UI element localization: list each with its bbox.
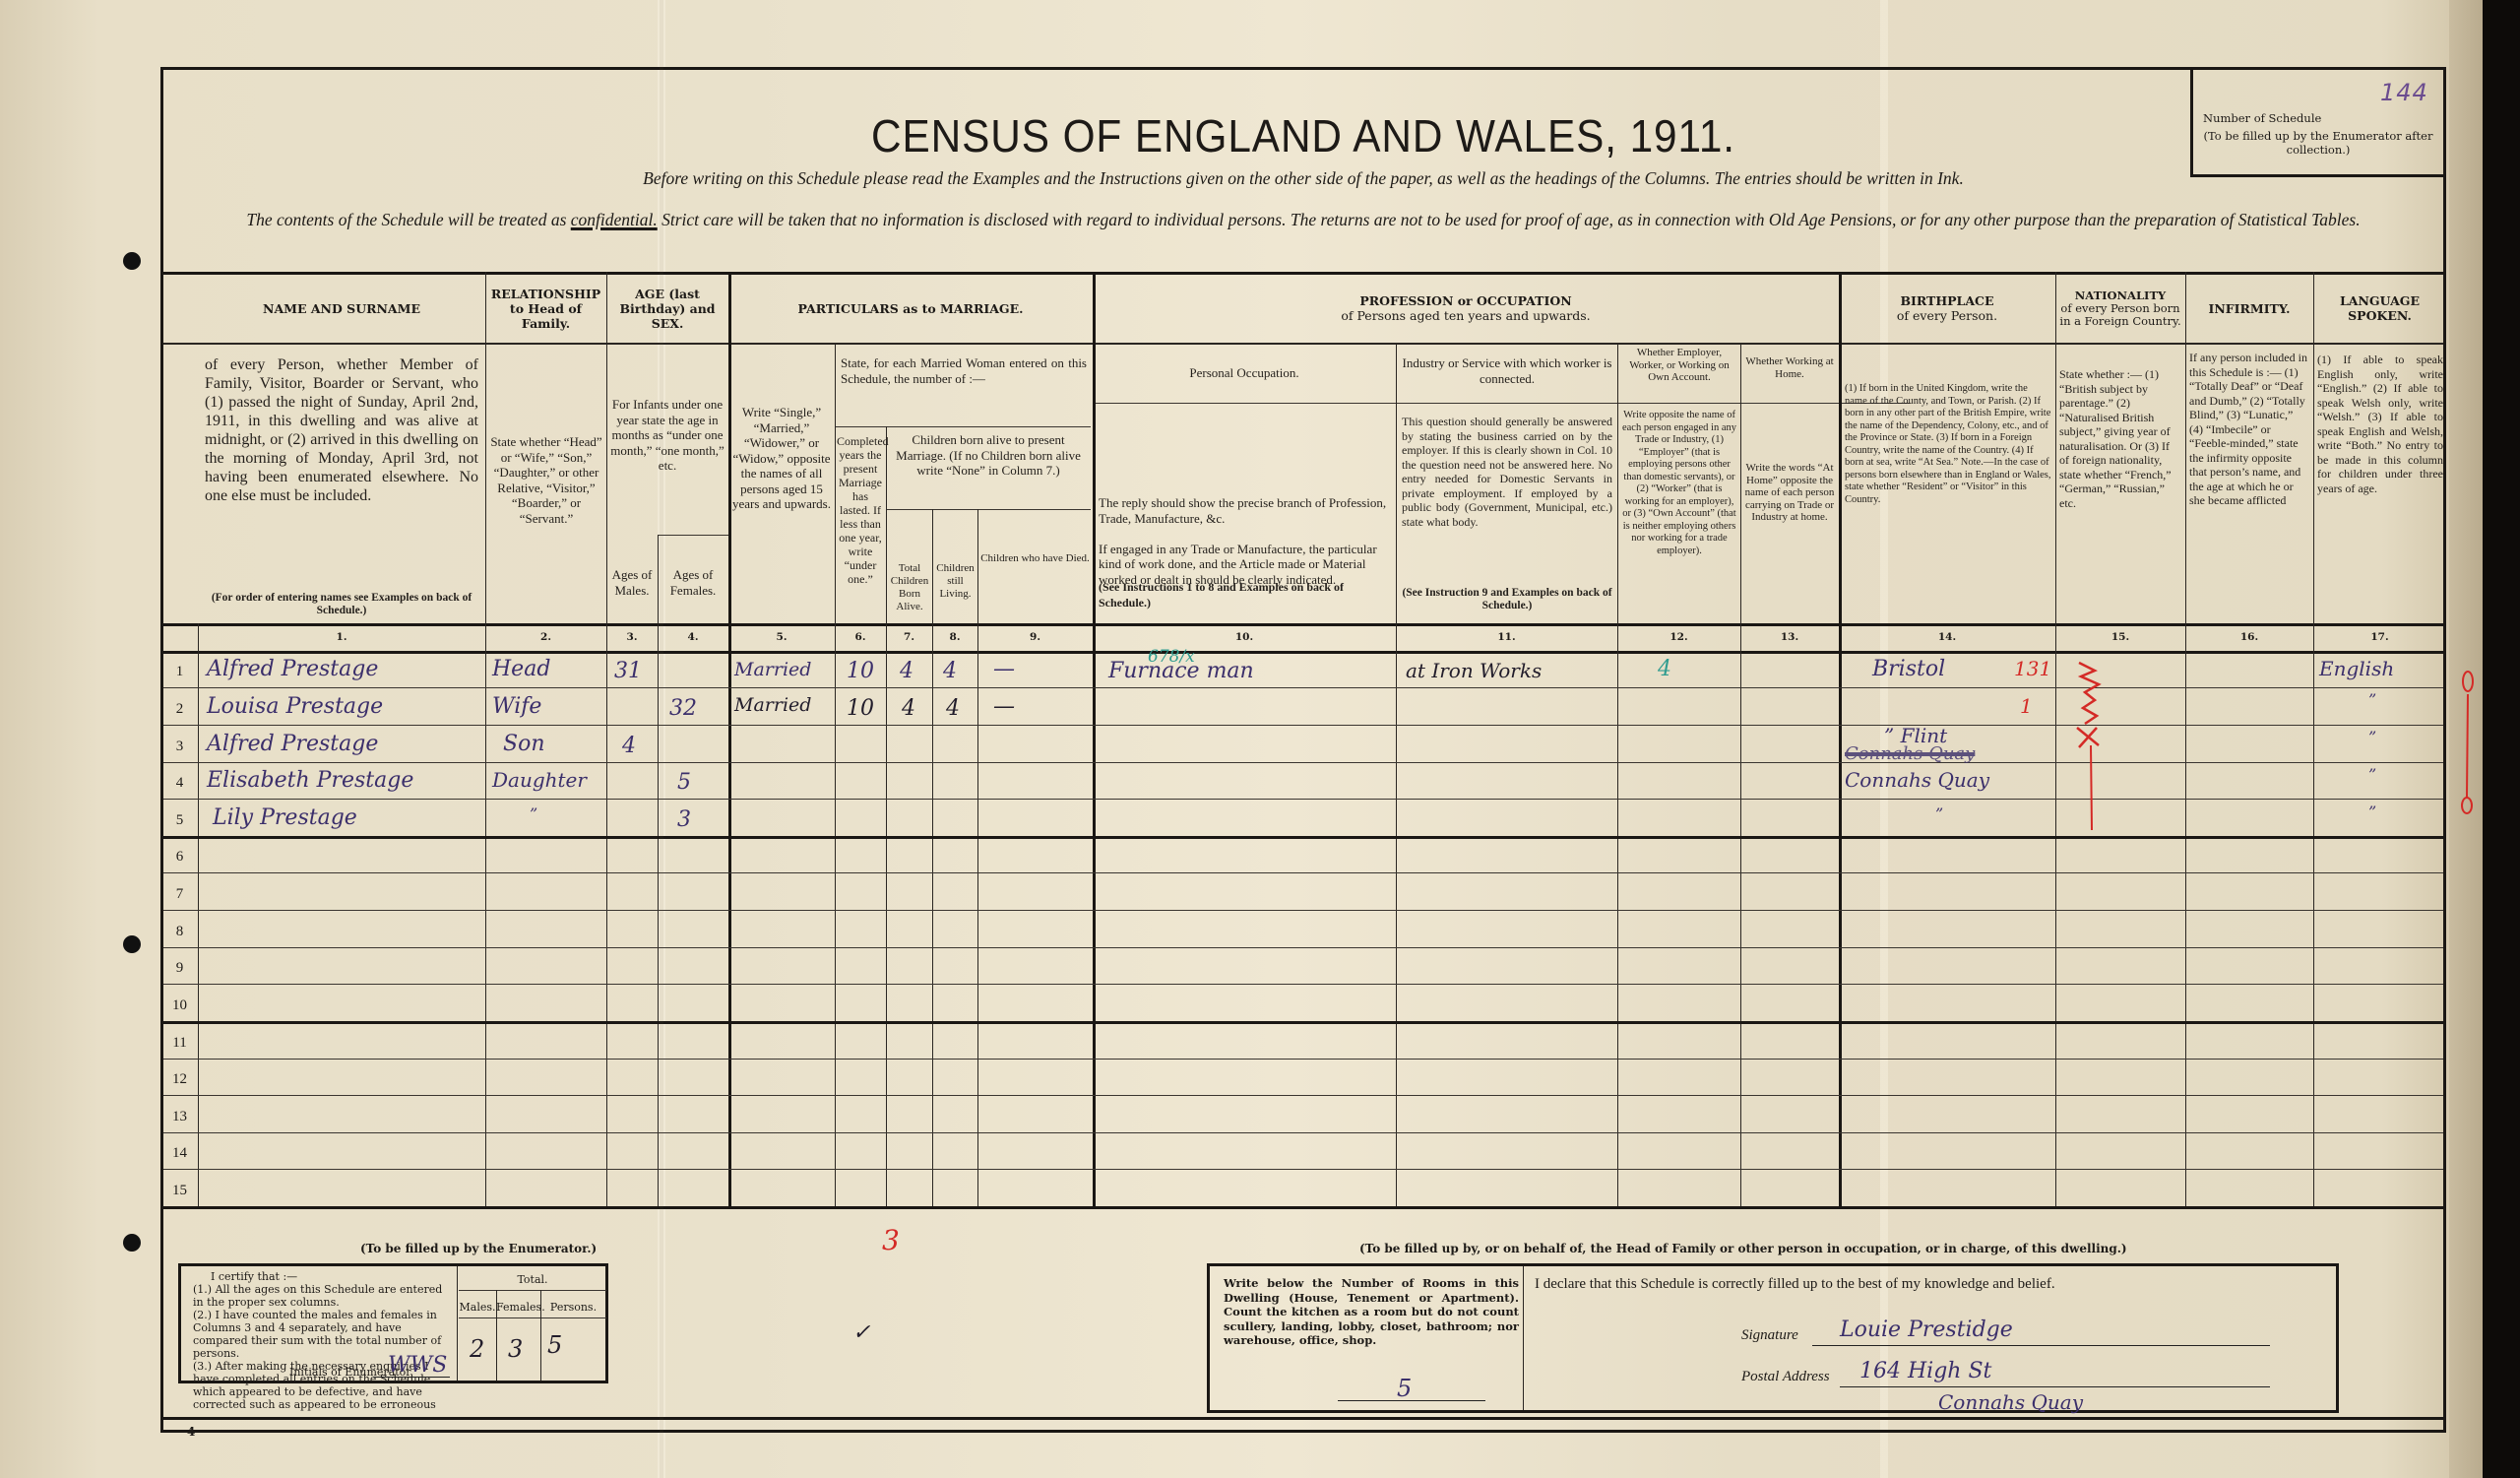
red-bracket-mark xyxy=(2461,670,2475,817)
rooms-value: 5 xyxy=(1397,1375,1412,1402)
rule xyxy=(163,343,2443,345)
red-nationality-mark xyxy=(2073,657,2112,834)
subheader-name: of every Person, whether Member of Famil… xyxy=(205,355,478,505)
rule xyxy=(728,272,731,1206)
rule xyxy=(163,1206,2443,1209)
row-number: 8 xyxy=(163,924,196,940)
signature-line xyxy=(1812,1345,2270,1346)
cell-birthplace-struck: Connahs Quay xyxy=(1845,743,1975,764)
subheader-birthplace-text: (1) If born in the United Kingdom, write… xyxy=(1845,383,2051,506)
column-number: 16. xyxy=(2185,631,2313,643)
rule xyxy=(835,343,836,1206)
row-number: 14 xyxy=(163,1145,196,1162)
row-rule xyxy=(163,1021,2443,1024)
cell-name: Louisa Prestage xyxy=(207,694,383,719)
header-profession-title: PROFESSION or OCCUPATION xyxy=(1359,293,1571,308)
census-page: 4 CENSUS OF ENGLAND AND WALES, 1911. Bef… xyxy=(0,0,2481,1478)
address-line-2: Connahs Quay xyxy=(1938,1390,2083,1414)
cell-children-total: 4 xyxy=(902,696,915,721)
cell-name: Lily Prestage xyxy=(213,805,357,830)
subheader-marital: Write “Single,” “Married,” “Widower,” or… xyxy=(732,405,831,512)
row-rule xyxy=(163,910,2443,911)
total-persons: 5 xyxy=(547,1331,562,1359)
rule xyxy=(2055,272,2056,1206)
row-rule xyxy=(163,947,2443,948)
header-nationality-sub: of every Person born in a Foreign Countr… xyxy=(2055,302,2185,328)
rule xyxy=(977,509,978,1206)
cell-relationship: Head xyxy=(492,657,550,681)
subheader-children-total: Total Children Born Alive. xyxy=(888,562,931,613)
rule xyxy=(835,426,1091,427)
address-line-1: 164 High St xyxy=(1859,1359,1991,1383)
rule xyxy=(163,1417,2443,1420)
cell-years-married: 10 xyxy=(847,696,874,721)
row-number: 13 xyxy=(163,1109,196,1125)
birthplace-code: 1 xyxy=(2020,694,2033,718)
initials-value: WWS xyxy=(388,1353,447,1378)
row-number: 11 xyxy=(163,1035,196,1052)
row-rule xyxy=(163,836,2443,839)
column-number: 8. xyxy=(932,631,977,643)
row-number: 2 xyxy=(163,701,196,718)
females-label: Females. xyxy=(496,1300,540,1315)
certify-item-1: (1.) All the ages on this Schedule are e… xyxy=(193,1283,449,1309)
cell-relationship: Son xyxy=(503,732,545,756)
males-label: Males. xyxy=(459,1300,496,1315)
confidentiality-notice: The contents of the Schedule will be tre… xyxy=(193,208,2414,231)
subheader-children-living: Children still Living. xyxy=(934,562,976,601)
row-number: 10 xyxy=(163,997,196,1014)
rule xyxy=(163,651,2443,654)
rule xyxy=(496,1290,497,1381)
confidential-suffix: Strict care will be taken that no inform… xyxy=(658,210,2361,229)
punch-hole xyxy=(123,1234,141,1252)
row-number: 7 xyxy=(163,886,196,903)
cell-relationship: Wife xyxy=(492,694,541,719)
subheader-personal-occupation-note: (See Instructions 1 to 8 and Examples on… xyxy=(1099,580,1390,610)
address-label: Postal Address xyxy=(1741,1369,1830,1385)
cell-birthplace: Connahs Quay xyxy=(1845,768,1989,792)
header-profession-sub: of Persons aged ten years and upwards. xyxy=(1341,308,1590,323)
subheader-personal-occupation-text: The reply should show the precise branch… xyxy=(1099,495,1390,587)
header-infirmity: INFIRMITY. xyxy=(2185,274,2313,343)
subheader-age-males: Ages of Males. xyxy=(608,567,656,598)
subheader-age-females: Ages of Females. xyxy=(660,567,726,598)
rule xyxy=(540,1290,541,1381)
subheader-children-died: Children who have Died. xyxy=(979,552,1091,565)
rule xyxy=(932,509,933,1206)
column-number: 1. xyxy=(198,631,485,643)
declaration-text: I declare that this Schedule is correctl… xyxy=(1535,1276,2055,1293)
cell-language: ” xyxy=(2368,690,2376,709)
signature-label: Signature xyxy=(1741,1327,1798,1344)
rule xyxy=(459,1317,606,1318)
row-number: 4 xyxy=(163,775,196,792)
cell-language: ” xyxy=(2368,728,2376,746)
cell-marital: Married xyxy=(734,694,811,716)
row-rule xyxy=(163,984,2443,985)
row-number: 5 xyxy=(163,812,196,829)
subheader-children-group: Children born alive to present Marriage.… xyxy=(890,432,1087,479)
cell-employer: 4 xyxy=(1658,657,1671,681)
cell-marital: Married xyxy=(734,659,811,680)
row-rule xyxy=(163,1132,2443,1133)
rule xyxy=(2313,272,2314,1206)
row-number: 15 xyxy=(163,1183,196,1199)
row-number: 12 xyxy=(163,1071,196,1088)
schedule-number-label: Number of Schedule xyxy=(2203,111,2321,125)
rule xyxy=(2185,272,2186,1206)
header-relationship: RELATIONSHIP to Head of Family. xyxy=(485,274,606,343)
header-name: NAME AND SURNAME xyxy=(198,274,485,343)
rule xyxy=(163,623,2443,626)
birthplace-code: 131 xyxy=(2014,657,2051,680)
cell-children-died: — xyxy=(993,694,1015,719)
subheader-married-woman: State, for each Married Woman entered on… xyxy=(841,355,1087,386)
cell-relationship: Daughter xyxy=(492,768,587,792)
subheader-nationality-text: State whether :— (1) “British subject by… xyxy=(2059,367,2181,510)
cell-language: ” xyxy=(2368,803,2376,821)
rule xyxy=(606,272,607,1206)
cell-language: ” xyxy=(2368,765,2376,784)
subheader-language-text: (1) If able to speak English only, write… xyxy=(2317,353,2443,495)
rule xyxy=(1523,1266,1524,1410)
subheader-industry-note: (See Instruction 9 and Examples on back … xyxy=(1402,587,1612,612)
cell-years-married: 10 xyxy=(847,659,874,683)
row-rule xyxy=(163,1095,2443,1096)
instruction-line: Before writing on this Schedule please r… xyxy=(163,168,2443,189)
column-number: 10. xyxy=(1093,631,1396,643)
rule xyxy=(198,623,199,1206)
row-rule xyxy=(163,1169,2443,1170)
certify-heading: I certify that :— xyxy=(193,1270,449,1283)
cell-children-living: 4 xyxy=(946,696,960,721)
header-language: LANGUAGE SPOKEN. xyxy=(2313,274,2446,343)
rule xyxy=(1093,403,1910,404)
subheader-years-married: Completed years the present Marriage has… xyxy=(837,434,884,586)
cell-birthplace: Bristol xyxy=(1872,657,1945,681)
punch-hole xyxy=(123,252,141,270)
row-number: 1 xyxy=(163,664,196,680)
rule xyxy=(1093,272,1096,1206)
column-number: 11. xyxy=(1396,631,1617,643)
column-number: 15. xyxy=(2055,631,2185,643)
row-number: 3 xyxy=(163,739,196,755)
cell-age-male: 4 xyxy=(622,734,636,758)
column-number: 6. xyxy=(835,631,886,643)
total-males: 2 xyxy=(470,1335,484,1363)
signature-value: Louie Prestidge xyxy=(1840,1317,2013,1342)
cell-children-total: 4 xyxy=(900,659,913,683)
rule xyxy=(1396,343,1397,1206)
household-heading: (To be filled up by, or on behalf of, th… xyxy=(1359,1242,2127,1256)
row-rule xyxy=(163,872,2443,873)
subheader-employer-text: Write opposite the name of each person e… xyxy=(1620,410,1738,557)
column-number: 17. xyxy=(2313,631,2446,643)
cell-age-male: 31 xyxy=(614,659,642,683)
confidential-word: confidential. xyxy=(571,210,658,229)
subheader-industry-text: This question should generally be answer… xyxy=(1402,415,1612,529)
cell-children-died: — xyxy=(993,657,1015,681)
cell-age-female: 5 xyxy=(677,770,691,795)
schedule-number-box: Number of Schedule 144 (To be filled up … xyxy=(2190,67,2446,177)
rule xyxy=(1740,343,1741,1206)
red-mark-3: 3 xyxy=(882,1224,900,1256)
column-number: 13. xyxy=(1740,631,1839,643)
enumerator-certificate: I certify that :— (1.) All the ages on t… xyxy=(178,1263,608,1383)
header-marriage: PARTICULARS as to MARRIAGE. xyxy=(728,274,1093,343)
schedule-number-value: 144 xyxy=(2380,86,2428,99)
header-birthplace-sub: of every Person. xyxy=(1897,308,1997,323)
header-nationality: NATIONALITY of every Person born in a Fo… xyxy=(2055,274,2185,343)
check-mark: ✓ xyxy=(852,1320,870,1345)
census-form: CENSUS OF ENGLAND AND WALES, 1911. Befor… xyxy=(160,67,2446,1433)
column-number: 12. xyxy=(1617,631,1740,643)
rule xyxy=(886,509,1091,510)
cell-name: Elisabeth Prestage xyxy=(207,768,413,793)
subheader-industry: Industry or Service with which worker is… xyxy=(1402,355,1612,386)
schedule-number-note: (To be filled up by the Enumerator after… xyxy=(2203,129,2433,157)
rule xyxy=(457,1266,458,1381)
column-number: 7. xyxy=(886,631,932,643)
header-profession: PROFESSION or OCCUPATION of Persons aged… xyxy=(1093,274,1839,343)
punch-hole xyxy=(123,935,141,953)
rule xyxy=(1617,343,1618,1206)
column-number: 2. xyxy=(485,631,606,643)
rooms-instruction: Write below the Number of Rooms in this … xyxy=(1224,1276,1519,1348)
cell-name: Alfred Prestage xyxy=(207,657,378,681)
cell-language: English xyxy=(2319,657,2394,680)
subheader-at-home-text: Write the words “At Home” opposite the n… xyxy=(1744,462,1835,524)
persons-label: Persons. xyxy=(540,1300,606,1315)
subheader-at-home: Whether Working at Home. xyxy=(1744,355,1835,380)
header-age: AGE (last Birthday) and SEX. xyxy=(606,274,728,343)
enumerator-heading: (To be filled up by the Enumerator.) xyxy=(360,1242,597,1256)
subheader-infirmity-text: If any person included in this Schedule … xyxy=(2189,351,2309,508)
confidential-prefix: The contents of the Schedule will be tre… xyxy=(246,210,570,229)
column-number: 14. xyxy=(1839,631,2055,643)
cell-children-living: 4 xyxy=(943,659,957,683)
total-females: 3 xyxy=(508,1335,523,1363)
cell-age-female: 32 xyxy=(669,696,697,721)
subheader-employer: Whether Employer, Worker, or Working on … xyxy=(1620,347,1738,384)
total-label: Total. xyxy=(459,1272,606,1287)
header-birthplace-title: BIRTHPLACE xyxy=(1900,293,1993,308)
address-line xyxy=(1840,1386,2270,1387)
subheader-name-note: (For order of entering names see Example… xyxy=(205,592,478,617)
rule xyxy=(485,272,486,1206)
rule xyxy=(1839,272,1842,1206)
rule xyxy=(658,535,728,536)
paper-edge xyxy=(2449,0,2483,1478)
header-nationality-title: NATIONALITY xyxy=(2075,289,2166,302)
cell-age-female: 3 xyxy=(677,807,691,832)
cell-name: Alfred Prestage xyxy=(207,732,378,756)
cell-industry: at Iron Works xyxy=(1406,659,1542,682)
row-number: 9 xyxy=(163,960,196,977)
rule xyxy=(886,426,887,1206)
subheader-age-infants: For Infants under one year state the age… xyxy=(610,397,724,474)
cell-relationship: ” xyxy=(530,804,537,823)
subheader-relationship: State whether “Head” or “Wife,” “Son,” “… xyxy=(490,434,602,526)
rule xyxy=(459,1290,606,1291)
occupation-code: 678/x xyxy=(1148,647,1195,667)
column-number: 3. xyxy=(606,631,658,643)
subheader-personal-occupation: Personal Occupation. xyxy=(1099,365,1390,381)
column-number: 4. xyxy=(658,631,728,643)
certify-text: I certify that :— (1.) All the ages on t… xyxy=(193,1270,449,1411)
row-number: 6 xyxy=(163,849,196,866)
cell-birthplace: ” xyxy=(1935,804,1943,823)
column-number: 9. xyxy=(977,631,1093,643)
form-title: CENSUS OF ENGLAND AND WALES, 1911. xyxy=(255,109,2353,162)
column-number: 5. xyxy=(728,631,835,643)
header-birthplace: BIRTHPLACE of every Person. xyxy=(1839,274,2055,343)
row-rule xyxy=(163,1059,2443,1060)
household-declaration: Write below the Number of Rooms in this … xyxy=(1207,1263,2339,1413)
